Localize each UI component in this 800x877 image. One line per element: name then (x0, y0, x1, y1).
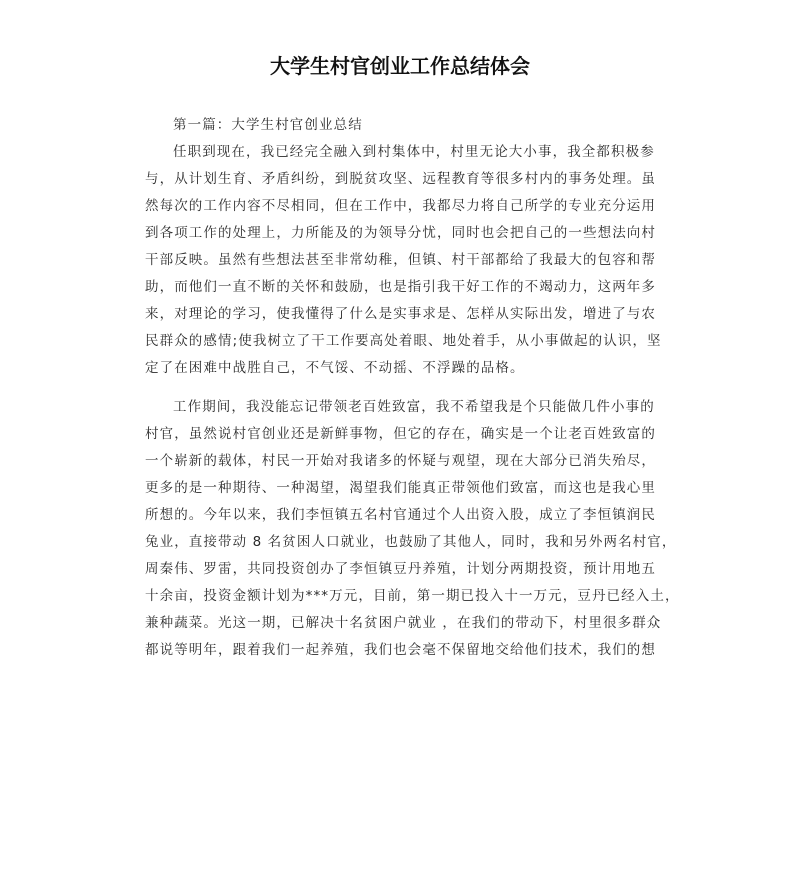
paragraph-line: 来，对理论的学习，使我懂得了什么是实事求是、怎样从实际出发，增进了与农 (145, 304, 665, 324)
paragraph-line: 更多的是一种期待、一种渴望，渴望我们能真正带领他们致富，而这也是我心里 (145, 478, 665, 498)
paragraph-line: 到各项工作的处理上，力所能及的为领导分忧，同时也会把自己的一些想法向村 (145, 223, 665, 243)
paragraph-line: 然每次的工作内容不尽相同，但在工作中，我都尽力将自己所学的专业充分运用 (145, 196, 665, 216)
document-title: 大学生村官创业工作总结体会 (0, 50, 800, 79)
paragraph-line: 助，而他们一直不断的关怀和鼓励，也是指引我干好工作的不竭动力，这两年多 (145, 277, 665, 297)
paragraph-line: 村官，虽然说村官创业还是新鲜事物，但它的存在，确实是一个让老百姓致富的 (145, 424, 665, 444)
paragraph-line: 周秦伟、罗雷，共同投资创办了李恒镇豆丹养殖，计划分两期投资，预计用地五 (145, 559, 665, 579)
section-heading: 第一篇：大学生村官创业总结 (173, 115, 693, 135)
paragraph-line: 定了在困难中战胜自己，不气馁、不动摇、不浮躁的品格。 (145, 358, 665, 378)
paragraph-line: 与，从计划生育、矛盾纠纷，到脱贫攻坚、远程教育等很多村内的事务处理。虽 (145, 169, 665, 189)
paragraph-line: 都说等明年，跟着我们一起养殖，我们也会毫不保留地交给他们技术，我们的想 (145, 640, 665, 660)
document-page: 大学生村官创业工作总结体会 第一篇：大学生村官创业总结 任职到现在，我已经完全融… (0, 0, 800, 877)
paragraph-line: 工作期间，我没能忘记带领老百姓致富，我不希望我是个只能做几件小事的 (173, 397, 693, 417)
paragraph-line: 民群众的感情;使我树立了干工作要高处着眼、地处着手，从小事做起的认识，坚 (145, 331, 665, 351)
paragraph-line: 十余亩，投资金额计划为***万元，目前，第一期已投入十一万元，豆丹已经入土， (145, 586, 665, 606)
paragraph-line: 兼种蔬菜。光这一期，已解决十名贫困户就业 ，在我们的带动下，村里很多群众 (145, 613, 665, 633)
paragraph-line: 兔业，直接带动 8 名贫困人口就业，也鼓励了其他人，同时，我和另外两名村官， (145, 532, 665, 552)
paragraph-line: 干部反映。虽然有些想法甚至非常幼稚，但镇、村干部都给了我最大的包容和帮 (145, 250, 665, 270)
paragraph-line: 所想的。今年以来，我们李恒镇五名村官通过个人出资入股，成立了李恒镇润民 (145, 505, 665, 525)
paragraph-line: 任职到现在，我已经完全融入到村集体中，村里无论大小事，我全都积极参 (173, 142, 693, 162)
paragraph-line: 一个崭新的载体，村民一开始对我诸多的怀疑与观望，现在大部分已消失殆尽， (145, 451, 665, 471)
